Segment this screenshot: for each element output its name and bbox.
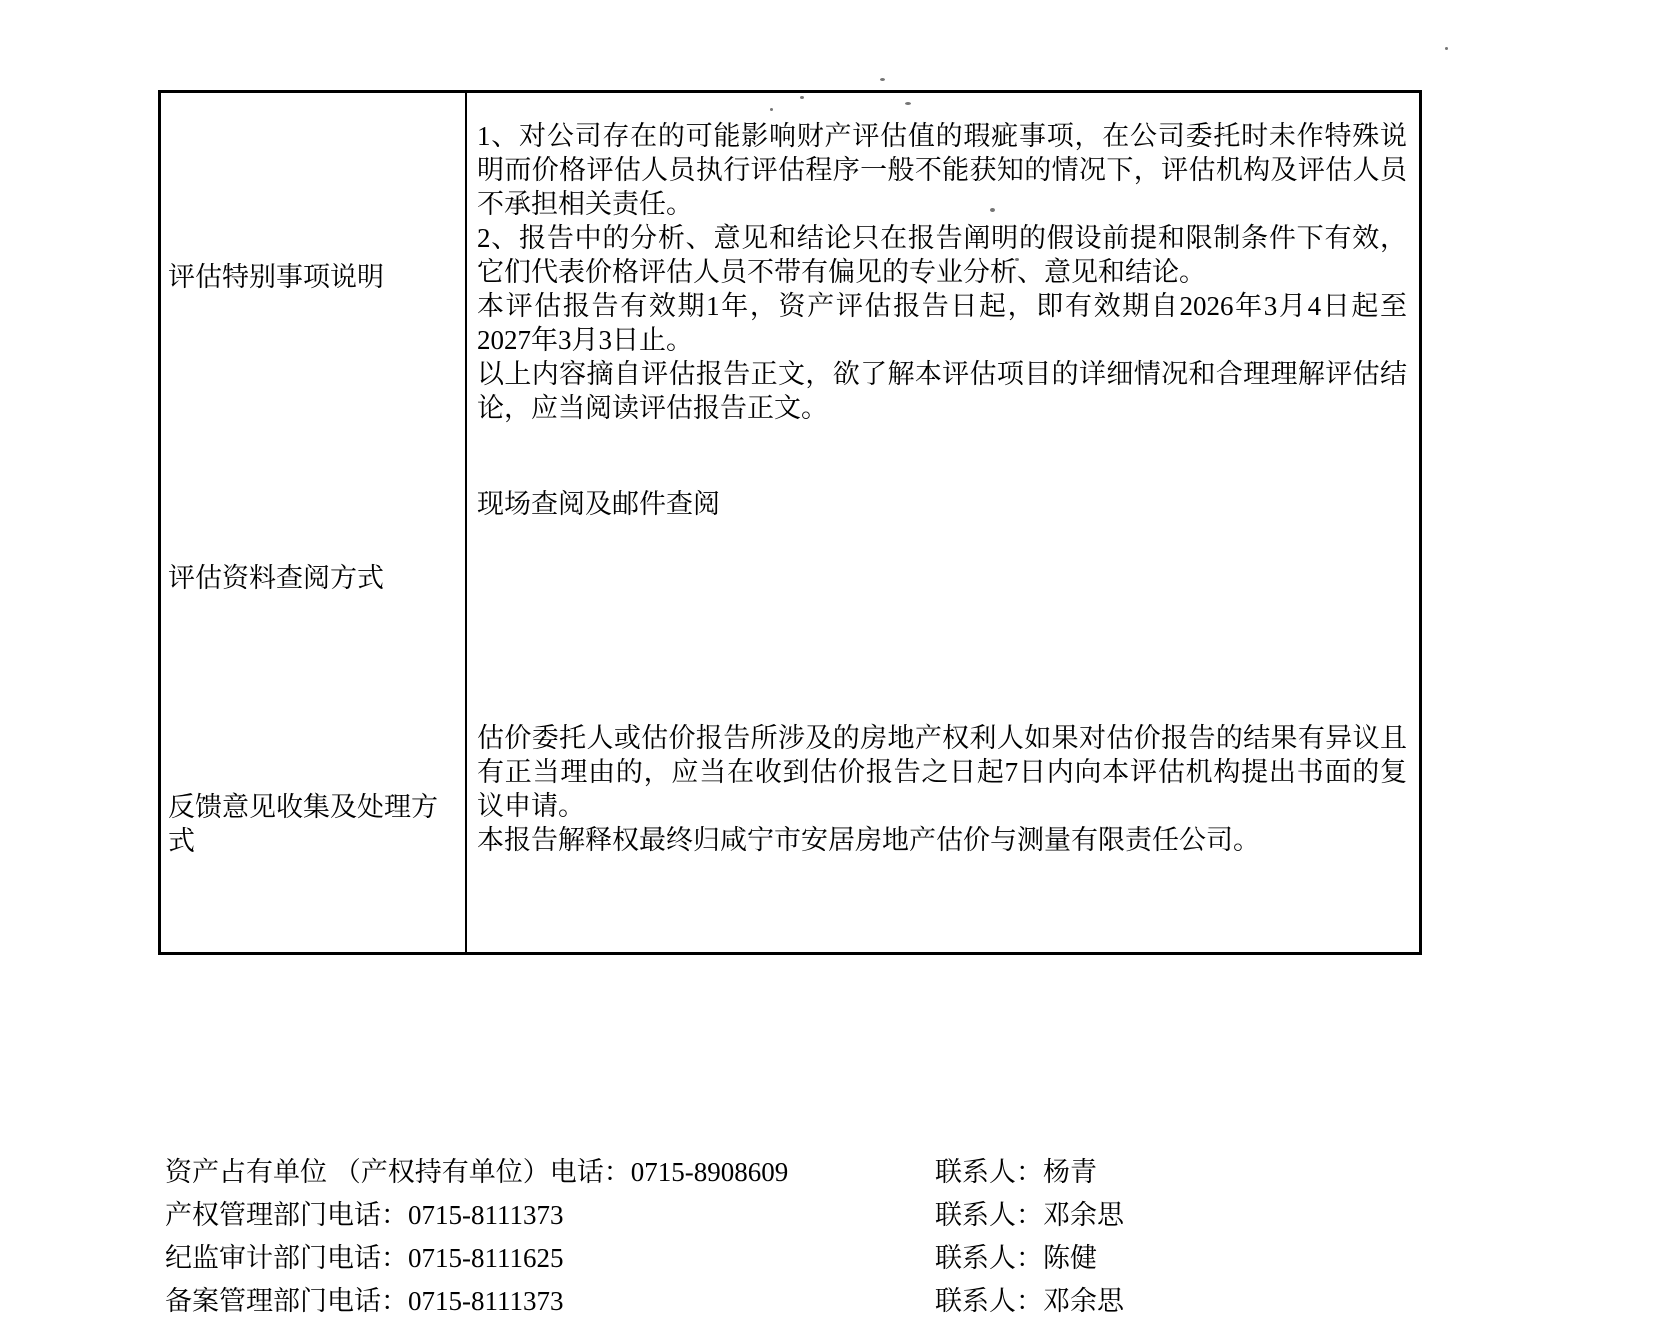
contact-phone: 备案管理部门电话：0715-8111373: [165, 1287, 935, 1315]
scan-noise-speck: [770, 108, 773, 111]
paragraph: 现场查阅及邮件查阅: [477, 487, 1407, 521]
scan-noise-speck: [800, 96, 804, 99]
row-label-feedback: 反馈意见收集及处理方式: [161, 695, 467, 952]
row-label-text: 评估特别事项说明: [168, 260, 384, 294]
contact-line: 备案管理部门电话：0715-8111373 联系人：邓余思: [165, 1287, 1485, 1315]
contact-person: 联系人：邓余思: [935, 1287, 1485, 1315]
row-content-special-notes: 1、对公司存在的可能影响财产评估值的瑕疵事项，在公司委托时未作特殊说明而价格评估…: [467, 93, 1419, 461]
row-content-material-review: 现场查阅及邮件查阅: [467, 461, 1419, 695]
paragraph: 2、报告中的分析、意见和结论只在报告阐明的假设前提和限制条件下有效，它们代表价格…: [477, 221, 1407, 289]
contact-phone: 纪监审计部门电话：0715-8111625: [165, 1244, 935, 1272]
contact-line: 产权管理部门电话：0715-8111373 联系人：邓余思: [165, 1201, 1485, 1229]
row-label-special-notes: 评估特别事项说明: [161, 93, 467, 461]
paragraph: 1、对公司存在的可能影响财产评估值的瑕疵事项，在公司委托时未作特殊说明而价格评估…: [477, 119, 1407, 221]
contact-line: 资产占有单位 （产权持有单位）电话：0715-8908609 联系人：杨青: [165, 1158, 1485, 1186]
contact-person: 联系人：邓余思: [935, 1201, 1485, 1229]
row-label-material-review: 评估资料查阅方式: [161, 461, 467, 695]
contact-person: 联系人：杨青: [935, 1158, 1485, 1186]
row-label-text: 反馈意见收集及处理方式: [168, 790, 461, 858]
paragraph: 以上内容摘自评估报告正文，欲了解本评估项目的详细情况和合理理解评估结论，应当阅读…: [477, 357, 1407, 425]
contact-person: 联系人：陈健: [935, 1244, 1485, 1272]
scan-noise-speck: [1015, 258, 1019, 261]
row-label-text: 评估资料查阅方式: [168, 561, 384, 595]
assessment-summary-table: 评估特别事项说明 1、对公司存在的可能影响财产评估值的瑕疵事项，在公司委托时未作…: [158, 90, 1422, 955]
contact-phone: 产权管理部门电话：0715-8111373: [165, 1201, 935, 1229]
scan-noise-speck: [875, 310, 879, 314]
scan-noise-speck: [905, 102, 911, 105]
contact-phone: 资产占有单位 （产权持有单位）电话：0715-8908609: [165, 1158, 935, 1186]
scan-noise-speck: [990, 208, 995, 212]
contact-line: 纪监审计部门电话：0715-8111625 联系人：陈健: [165, 1244, 1485, 1272]
contact-info-section: 资产占有单位 （产权持有单位）电话：0715-8908609 联系人：杨青 产权…: [165, 1158, 1485, 1330]
paragraph: 本报告解释权最终归咸宁市安居房地产估价与测量有限责任公司。: [477, 823, 1407, 857]
paragraph: 本评估报告有效期1年，资产评估报告日起，即有效期自2026年3月4日起至2027…: [477, 289, 1407, 357]
scan-noise-speck: [880, 78, 885, 81]
paragraph: 估价委托人或估价报告所涉及的房地产权利人如果对估价报告的结果有异议且有正当理由的…: [477, 721, 1407, 823]
scan-noise-speck: [1445, 47, 1448, 50]
row-content-feedback: 估价委托人或估价报告所涉及的房地产权利人如果对估价报告的结果有异议且有正当理由的…: [467, 695, 1419, 952]
